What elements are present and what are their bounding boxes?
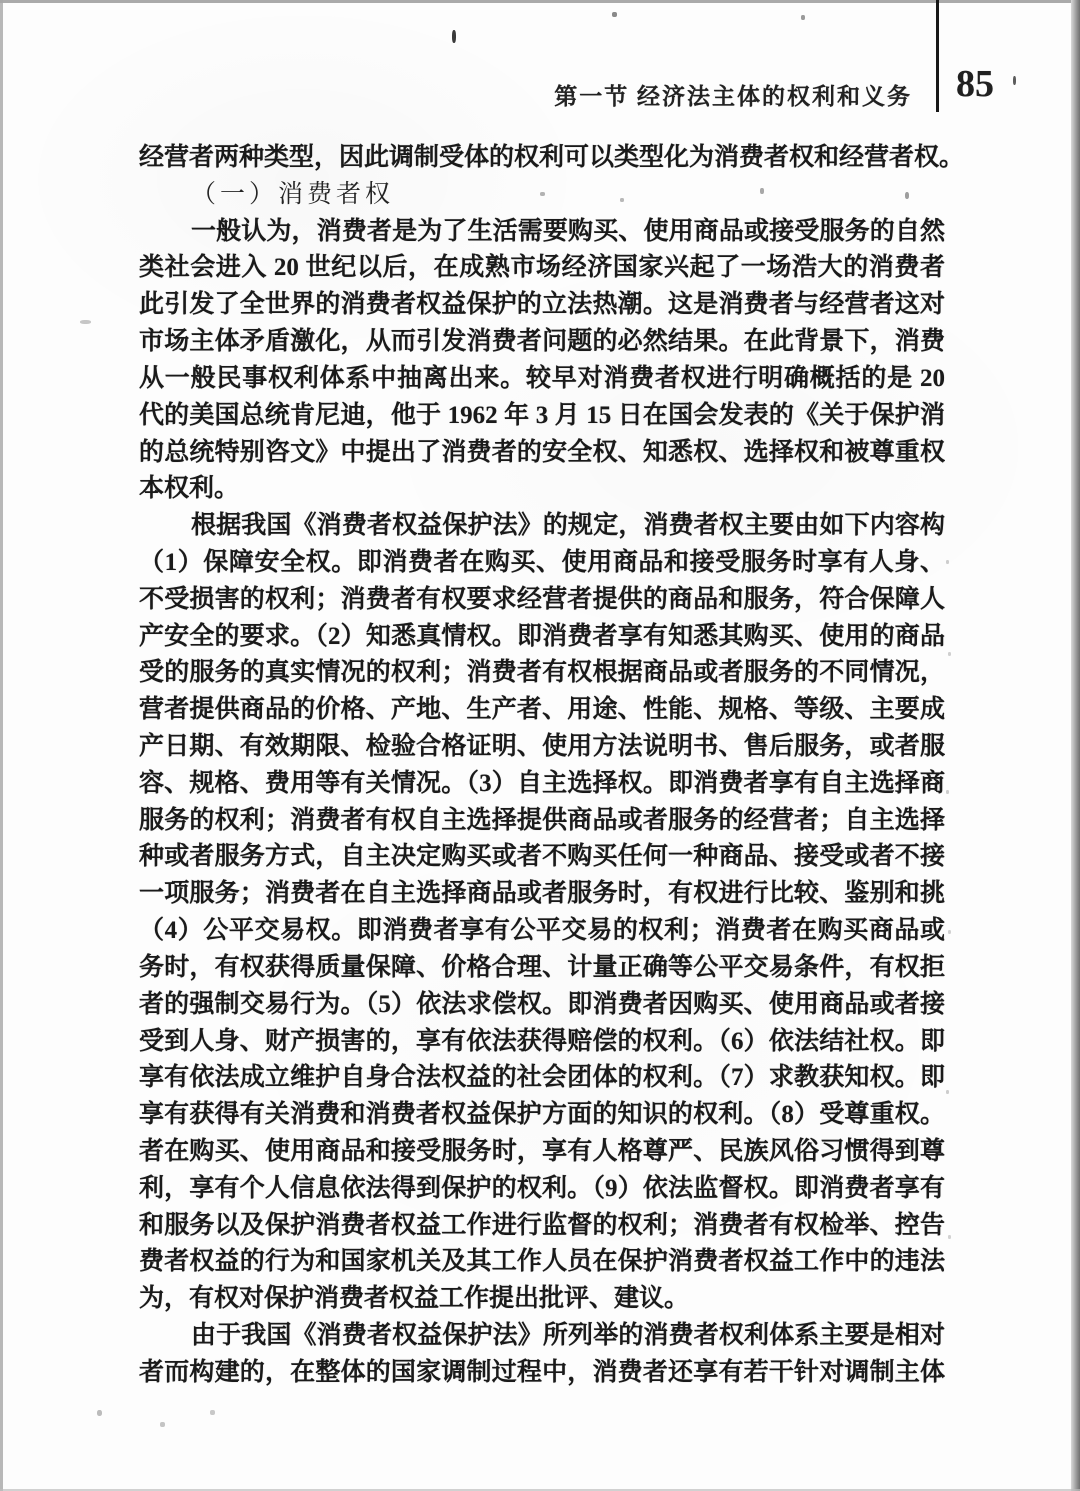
text-line: 不受损害的权利；消费者有权要求经营者提供的商品和服务，符合保障人身、财 [139,582,945,619]
text-line: 者而构建的，在整体的国家调制过程中，消费者还享有若干针对调制主体的未经 [139,1355,945,1392]
text-line: 经营者两种类型，因此调制受体的权利可以类型化为消费者权和经营者权。 [139,140,945,177]
scan-speck [97,1410,102,1416]
text-line: 受到人身、财产损害的，享有依法获得赔偿的权利。（6）依法结社权。即消费者 [139,1024,945,1061]
text-line: （1）保障安全权。即消费者在购买、使用商品和接受服务时享有人身、财产安全 [139,545,945,582]
scan-speck [905,192,909,199]
text-line: 和服务以及保护消费者权益工作进行监督的权利；消费者有权检举、控告侵害消 [139,1208,945,1245]
text-line: 根据我国《消费者权益保护法》的规定，消费者权主要由如下内容构成： [139,508,945,545]
text-line: 容、规格、费用等有关情况。（3）自主选择权。即消费者享有自主选择商品或者 [139,766,945,803]
text-line: 营者提供商品的价格、产地、生产者、用途、性能、规格、等级、主要成分、生 [139,692,945,729]
text-line: 一项服务；消费者在自主选择商品或者服务时，有权进行比较、鉴别和挑选。 [139,876,945,913]
scan-speck [540,192,545,196]
running-head-title: 第一节 经济法主体的权利和义务 [554,78,912,111]
text-line: 由于我国《消费者权益保护法》所列举的消费者权利体系主要是相对于经营 [139,1318,945,1355]
scanned-book-page: 第一节 经济法主体的权利和义务 85 经营者两种类型，因此调制受体的权利可以类型… [0,0,1080,1491]
scan-speck [946,1090,949,1094]
text-line: 享有获得有关消费和消费者权益保护方面的知识的权利。（8）受尊重权。即消费 [139,1097,945,1134]
scan-speck [946,560,949,564]
scan-speck [948,1235,951,1239]
text-line: （4）公平交易权。即消费者享有公平交易的权利；消费者在购买商品或者接受服 [139,913,945,950]
text-line: 从一般民事权利体系中抽离出来。较早对消费者权进行明确概括的是 20 世纪 60 … [139,361,945,398]
text-line: 者的强制交易行为。（5）依法求偿权。即消费者因购买、使用商品或者接受服务 [139,987,945,1024]
scan-speck [210,1410,215,1415]
text-line: 受的服务的真实情况的权利；消费者有权根据商品或者服务的不同情况，要求经 [139,655,945,692]
text-line: 种或者服务方式，自主决定购买或者不购买任何一种商品、接受或者不接受任何 [139,839,945,876]
scan-speck [612,12,617,17]
scan-speck [801,15,805,20]
text-line: 此引发了全世界的消费者权益保护的立法热潮。这是消费者与经营者这对重要的 [139,287,945,324]
scan-speck [1013,76,1016,85]
header-vertical-rule [936,0,939,112]
text-line: 利，享有个人信息依法得到保护的权利。（9）依法监督权。即消费者享有对商品 [139,1171,945,1208]
text-line: 产日期、有效期限、检验合格证明、使用方法说明书、售后服务，或者服务的内 [139,729,945,766]
text-line: 者在购买、使用商品和接受服务时，享有人格尊严、民族风俗习惯得到尊重的权 [139,1134,945,1171]
text-line: 享有依法成立维护自身合法权益的社会团体的权利。（7）求教获知权。即消费者 [139,1060,945,1097]
text-line: 类社会进入 20 世纪以后，在成熟市场经济国家兴起了一场浩大的消费者运动，由 [139,250,945,287]
text-line: 产安全的要求。（2）知悉真情权。即消费者享有知悉其购买、使用的商品或者接 [139,619,945,656]
text-line: 务时，有权获得质量保障、价格合理、计量正确等公平交易条件，有权拒绝经营 [139,950,945,987]
body-text: 经营者两种类型，因此调制受体的权利可以类型化为消费者权和经营者权。（一）消费者权… [139,140,945,1392]
scan-speck [160,1422,165,1427]
text-line: 费者权益的行为和国家机关及其工作人员在保护消费者权益工作中的违法失职行 [139,1244,945,1281]
text-line: 为，有权对保护消费者权益工作提出批评、建议。 [139,1281,945,1318]
scan-speck [948,930,951,934]
text-line: 的总统特别咨文》中提出了消费者的安全权、知悉权、选择权和被尊重权四项基 [139,435,945,472]
page-number: 85 [956,62,994,106]
scan-speck [946,790,949,794]
text-line: 服务的权利；消费者有权自主选择提供商品或者服务的经营者；自主选择商品品 [139,803,945,840]
scan-speck [452,30,456,43]
text-line: 一般认为，消费者是为了生活需要购买、使用商品或接受服务的自然人。人 [139,214,945,251]
scan-edge-right [1071,0,1080,1491]
scan-edge-left [0,0,3,1491]
scan-speck [760,188,764,194]
text-line: 市场主体矛盾激化，从而引发消费者问题的必然结果。在此背景下，消费者权被 [139,324,945,361]
text-line: 代的美国总统肯尼迪，他于 1962 年 3 月 15 日在国会发表的《关于保护消… [139,398,945,435]
scan-speck [948,652,951,656]
scan-edge-top [0,0,1080,3]
scan-speck [80,320,91,324]
scan-speck [620,198,624,202]
text-line: 本权利。 [139,471,945,508]
